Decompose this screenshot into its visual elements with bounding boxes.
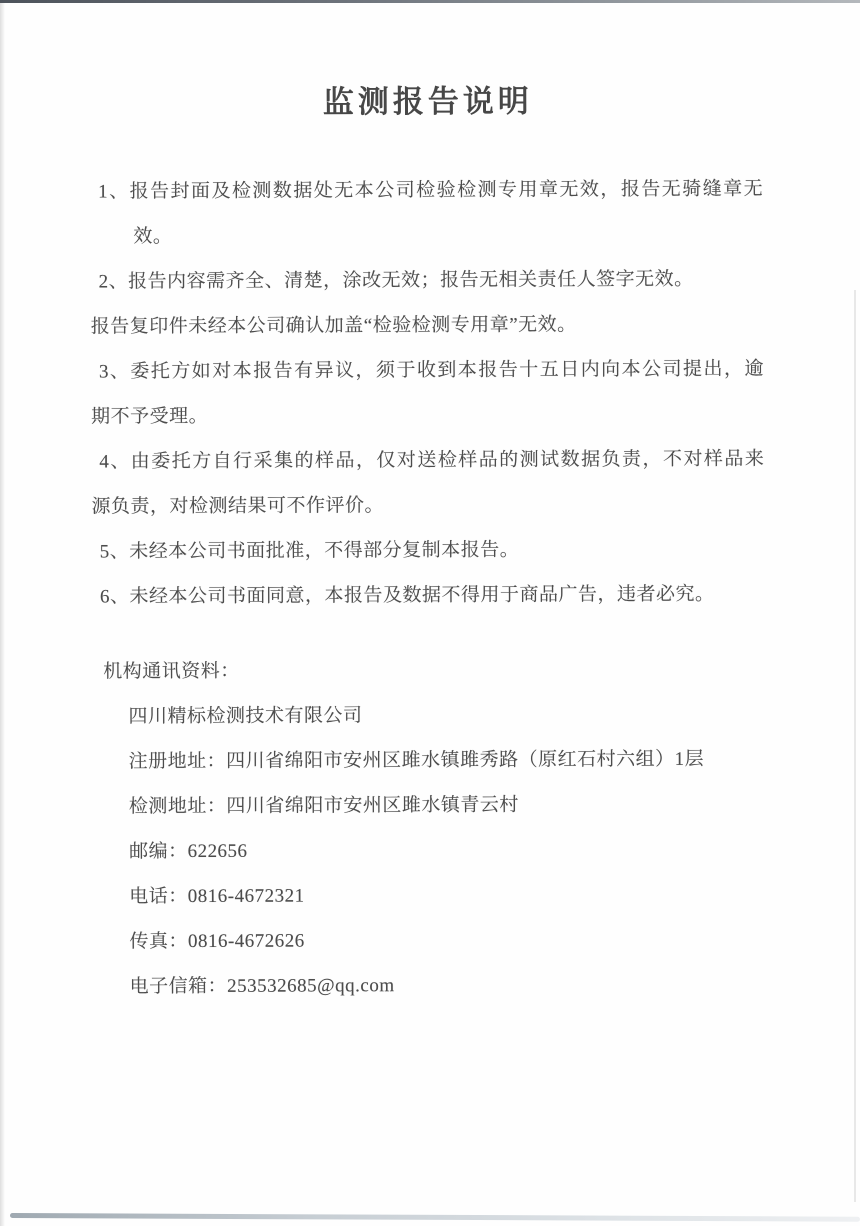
note-line: 5、未经本公司书面批准，不得部分复制本报告。 [0, 526, 860, 575]
scanned-report-page: 监测报告说明 1、报告封面及检测数据处无本公司检验检测专用章无效，报告无骑缝章无… [0, 0, 860, 1226]
contact-line-fax: 传真：0816-4672626 [1, 916, 860, 965]
contact-line-phone: 电话：0816-4672321 [1, 871, 860, 920]
note-line: 效。 [0, 211, 858, 260]
contact-line-email: 电子信箱：253532685@qq.com [2, 961, 860, 1010]
contact-section: 机构通讯资料： 四川精标检测技术有限公司 注册地址：四川省绵阳市安州区雎水镇雎秀… [0, 646, 860, 1010]
note-line: 期不予受理。 [0, 391, 859, 440]
contact-line-postal-code: 邮编：622656 [1, 826, 860, 875]
document-content: 监测报告说明 1、报告封面及检测数据处无本公司检验检测专用章无效，报告无骑缝章无… [0, 0, 860, 1226]
contact-line-testing-address: 检测地址：四川省绵阳市安州区雎水镇青云村 [1, 781, 860, 830]
note-line: 报告复印件未经本公司确认加盖“检验检测专用章”无效。 [0, 301, 859, 350]
note-line: 6、未经本公司书面同意，本报告及数据不得用于商品广告，违者必究。 [0, 571, 860, 620]
notes-section: 1、报告封面及检测数据处无本公司检验检测专用章无效，报告无骑缝章无 效。 2、报… [0, 166, 860, 620]
contact-heading: 机构通讯资料： [0, 646, 860, 695]
note-line: 3、委托方如对本报告有异议，须于收到本报告十五日内向本公司提出，逾 [0, 346, 859, 395]
note-line: 2、报告内容需齐全、清楚，涂改无效；报告无相关责任人签字无效。 [0, 256, 859, 305]
contact-line-company-name: 四川精标检测技术有限公司 [0, 691, 860, 740]
note-line: 4、由委托方自行采集的样品，仅对送检样品的测试数据负责，不对样品来 [0, 436, 859, 485]
contact-line-registered-address: 注册地址：四川省绵阳市安州区雎水镇雎秀路（原红石村六组）1层 [1, 736, 860, 785]
note-line: 1、报告封面及检测数据处无本公司检验检测专用章无效，报告无骑缝章无 [0, 166, 858, 215]
document-title: 监测报告说明 [0, 74, 858, 123]
note-line: 源负责，对检测结果可不作评价。 [0, 481, 860, 530]
